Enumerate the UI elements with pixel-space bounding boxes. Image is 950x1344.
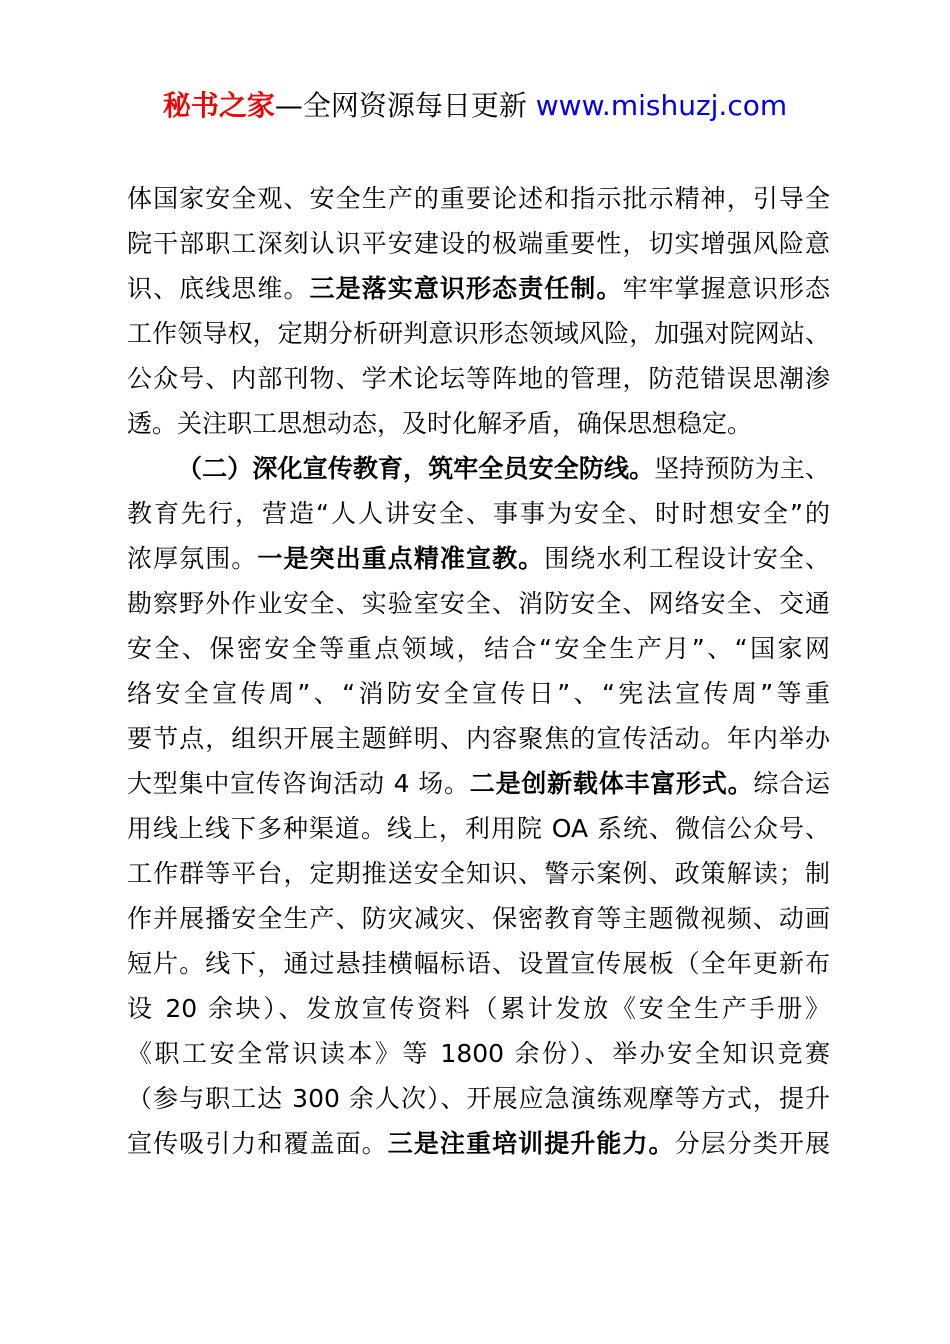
text-line: 浓厚氛围。一是突出重点精准宣教。围绕水利工程设计安全、 — [127, 536, 830, 581]
text-run: 体国家安全观、安全生产的重要论述和指示批示精神，引导全 — [127, 184, 830, 213]
bold-run: 三是落实意识形态责任制。 — [310, 274, 623, 303]
text-run: 用线上线下多种渠道。线上，利用院 OA 系统、微信公众号、 — [127, 814, 830, 843]
text-line: 络安全宣传周”、“消防安全宣传日”、“宪法宣传周”等重 — [127, 671, 830, 716]
text-line: 《职工安全常识读本》等 1800 余份）、举办安全知识竞赛 — [127, 1031, 830, 1076]
text-run: 设 20 余块）、发放宣传资料（累计发放《安全生产手册》 — [127, 994, 830, 1023]
text-line: （二）深化宣传教育，筑牢全员安全防线。坚持预防为主、 — [127, 446, 830, 491]
text-line: 透。关注职工思想动态，及时化解矛盾，确保思想稳定。 — [127, 401, 830, 446]
text-line: 工作群等平台，定期推送安全知识、警示案例、政策解读；制 — [127, 851, 830, 896]
text-line: 勘察野外作业安全、实验室安全、消防安全、网络安全、交通 — [127, 581, 830, 626]
text-line: 要节点，组织开展主题鲜明、内容聚焦的宣传活动。年内举办 — [127, 716, 830, 761]
site-header: 秘书之家—全网资源每日更新 www.mishuzj.com — [0, 88, 950, 124]
text-run: 公众号、内部刊物、学术论坛等阵地的管理，防范错误思潮渗 — [127, 364, 830, 393]
text-run: 作并展播安全生产、防灾减灾、保密教育等主题微视频、动画 — [127, 904, 830, 933]
text-line: （参与职工达 300 余人次）、开展应急演练观摩等方式，提升 — [127, 1076, 830, 1121]
text-line: 作并展播安全生产、防灾减灾、保密教育等主题微视频、动画 — [127, 896, 830, 941]
text-run: 牢牢掌握意识形态 — [622, 274, 830, 303]
text-run: 围绕水利工程设计安全、 — [544, 544, 830, 573]
text-run: 工作领导权，定期分析研判意识形态领域风险，加强对院网站、 — [127, 319, 830, 348]
text-line: 宣传吸引力和覆盖面。三是注重培训提升能力。分层分类开展 — [127, 1121, 830, 1166]
text-run: 短片。线下，通过悬挂横幅标语、设置宣传展板（全年更新布 — [127, 949, 830, 978]
text-line: 教育先行，营造“人人讲安全、事事为安全、时时想安全”的 — [127, 491, 830, 536]
text-run: 坚持预防为主、 — [654, 454, 830, 483]
document-body: 体国家安全观、安全生产的重要论述和指示批示精神，引导全院干部职工深刻认识平安建设… — [127, 176, 830, 1166]
text-line: 大型集中宣传咨询活动 4 场。二是创新载体丰富形式。综合运 — [127, 761, 830, 806]
text-run: 浓厚氛围。 — [127, 544, 257, 573]
text-run: 《职工安全常识读本》等 1800 余份）、举办安全知识竞赛 — [127, 1039, 830, 1068]
text-run: 要节点，组织开展主题鲜明、内容聚焦的宣传活动。年内举办 — [127, 724, 830, 753]
text-run: 安全、保密安全等重点领域，结合“安全生产月”、“国家网 — [127, 634, 830, 663]
text-run: 分层分类开展 — [675, 1129, 830, 1158]
site-url-link[interactable]: www.mishuzj.com — [536, 89, 787, 122]
bold-run: 一是突出重点精准宣教。 — [257, 544, 544, 573]
text-run: 教育先行，营造“人人讲安全、事事为安全、时时想安全”的 — [127, 499, 830, 528]
site-name: 秘书之家 — [163, 89, 275, 122]
text-line: 工作领导权，定期分析研判意识形态领域风险，加强对院网站、 — [127, 311, 830, 356]
text-run: 工作群等平台，定期推送安全知识、警示案例、政策解读；制 — [127, 859, 830, 888]
text-run: 院干部职工深刻认识平安建设的极端重要性，切实增强风险意 — [127, 229, 830, 258]
text-line: 安全、保密安全等重点领域，结合“安全生产月”、“国家网 — [127, 626, 830, 671]
text-line: 识、底线思维。三是落实意识形态责任制。牢牢掌握意识形态 — [127, 266, 830, 311]
bold-run: 二是创新载体丰富形式。 — [470, 769, 754, 798]
document-page: 秘书之家—全网资源每日更新 www.mishuzj.com 体国家安全观、安全生… — [0, 0, 950, 1344]
text-run: 综合运 — [753, 769, 830, 798]
text-run: （参与职工达 300 余人次）、开展应急演练观摩等方式，提升 — [127, 1084, 830, 1113]
text-line: 短片。线下，通过悬挂横幅标语、设置宣传展板（全年更新布 — [127, 941, 830, 986]
text-line: 用线上线下多种渠道。线上，利用院 OA 系统、微信公众号、 — [127, 806, 830, 851]
site-tagline: —全网资源每日更新 — [275, 89, 536, 122]
text-run: 大型集中宣传咨询活动 4 场。 — [127, 769, 470, 798]
text-run: 勘察野外作业安全、实验室安全、消防安全、网络安全、交通 — [127, 589, 830, 618]
bold-run: 三是注重培训提升能力。 — [388, 1129, 675, 1158]
text-run: 络安全宣传周”、“消防安全宣传日”、“宪法宣传周”等重 — [127, 679, 830, 708]
text-line: 设 20 余块）、发放宣传资料（累计发放《安全生产手册》 — [127, 986, 830, 1031]
text-run: 宣传吸引力和覆盖面。 — [127, 1129, 388, 1158]
text-line: 公众号、内部刊物、学术论坛等阵地的管理，防范错误思潮渗 — [127, 356, 830, 401]
text-line: 体国家安全观、安全生产的重要论述和指示批示精神，引导全 — [127, 176, 830, 221]
text-run: 识、底线思维。 — [127, 274, 310, 303]
text-line: 院干部职工深刻认识平安建设的极端重要性，切实增强风险意 — [127, 221, 830, 266]
bold-run: （二）深化宣传教育，筑牢全员安全防线。 — [177, 454, 654, 483]
text-run: 透。关注职工思想动态，及时化解矛盾，确保思想稳定。 — [127, 409, 752, 438]
